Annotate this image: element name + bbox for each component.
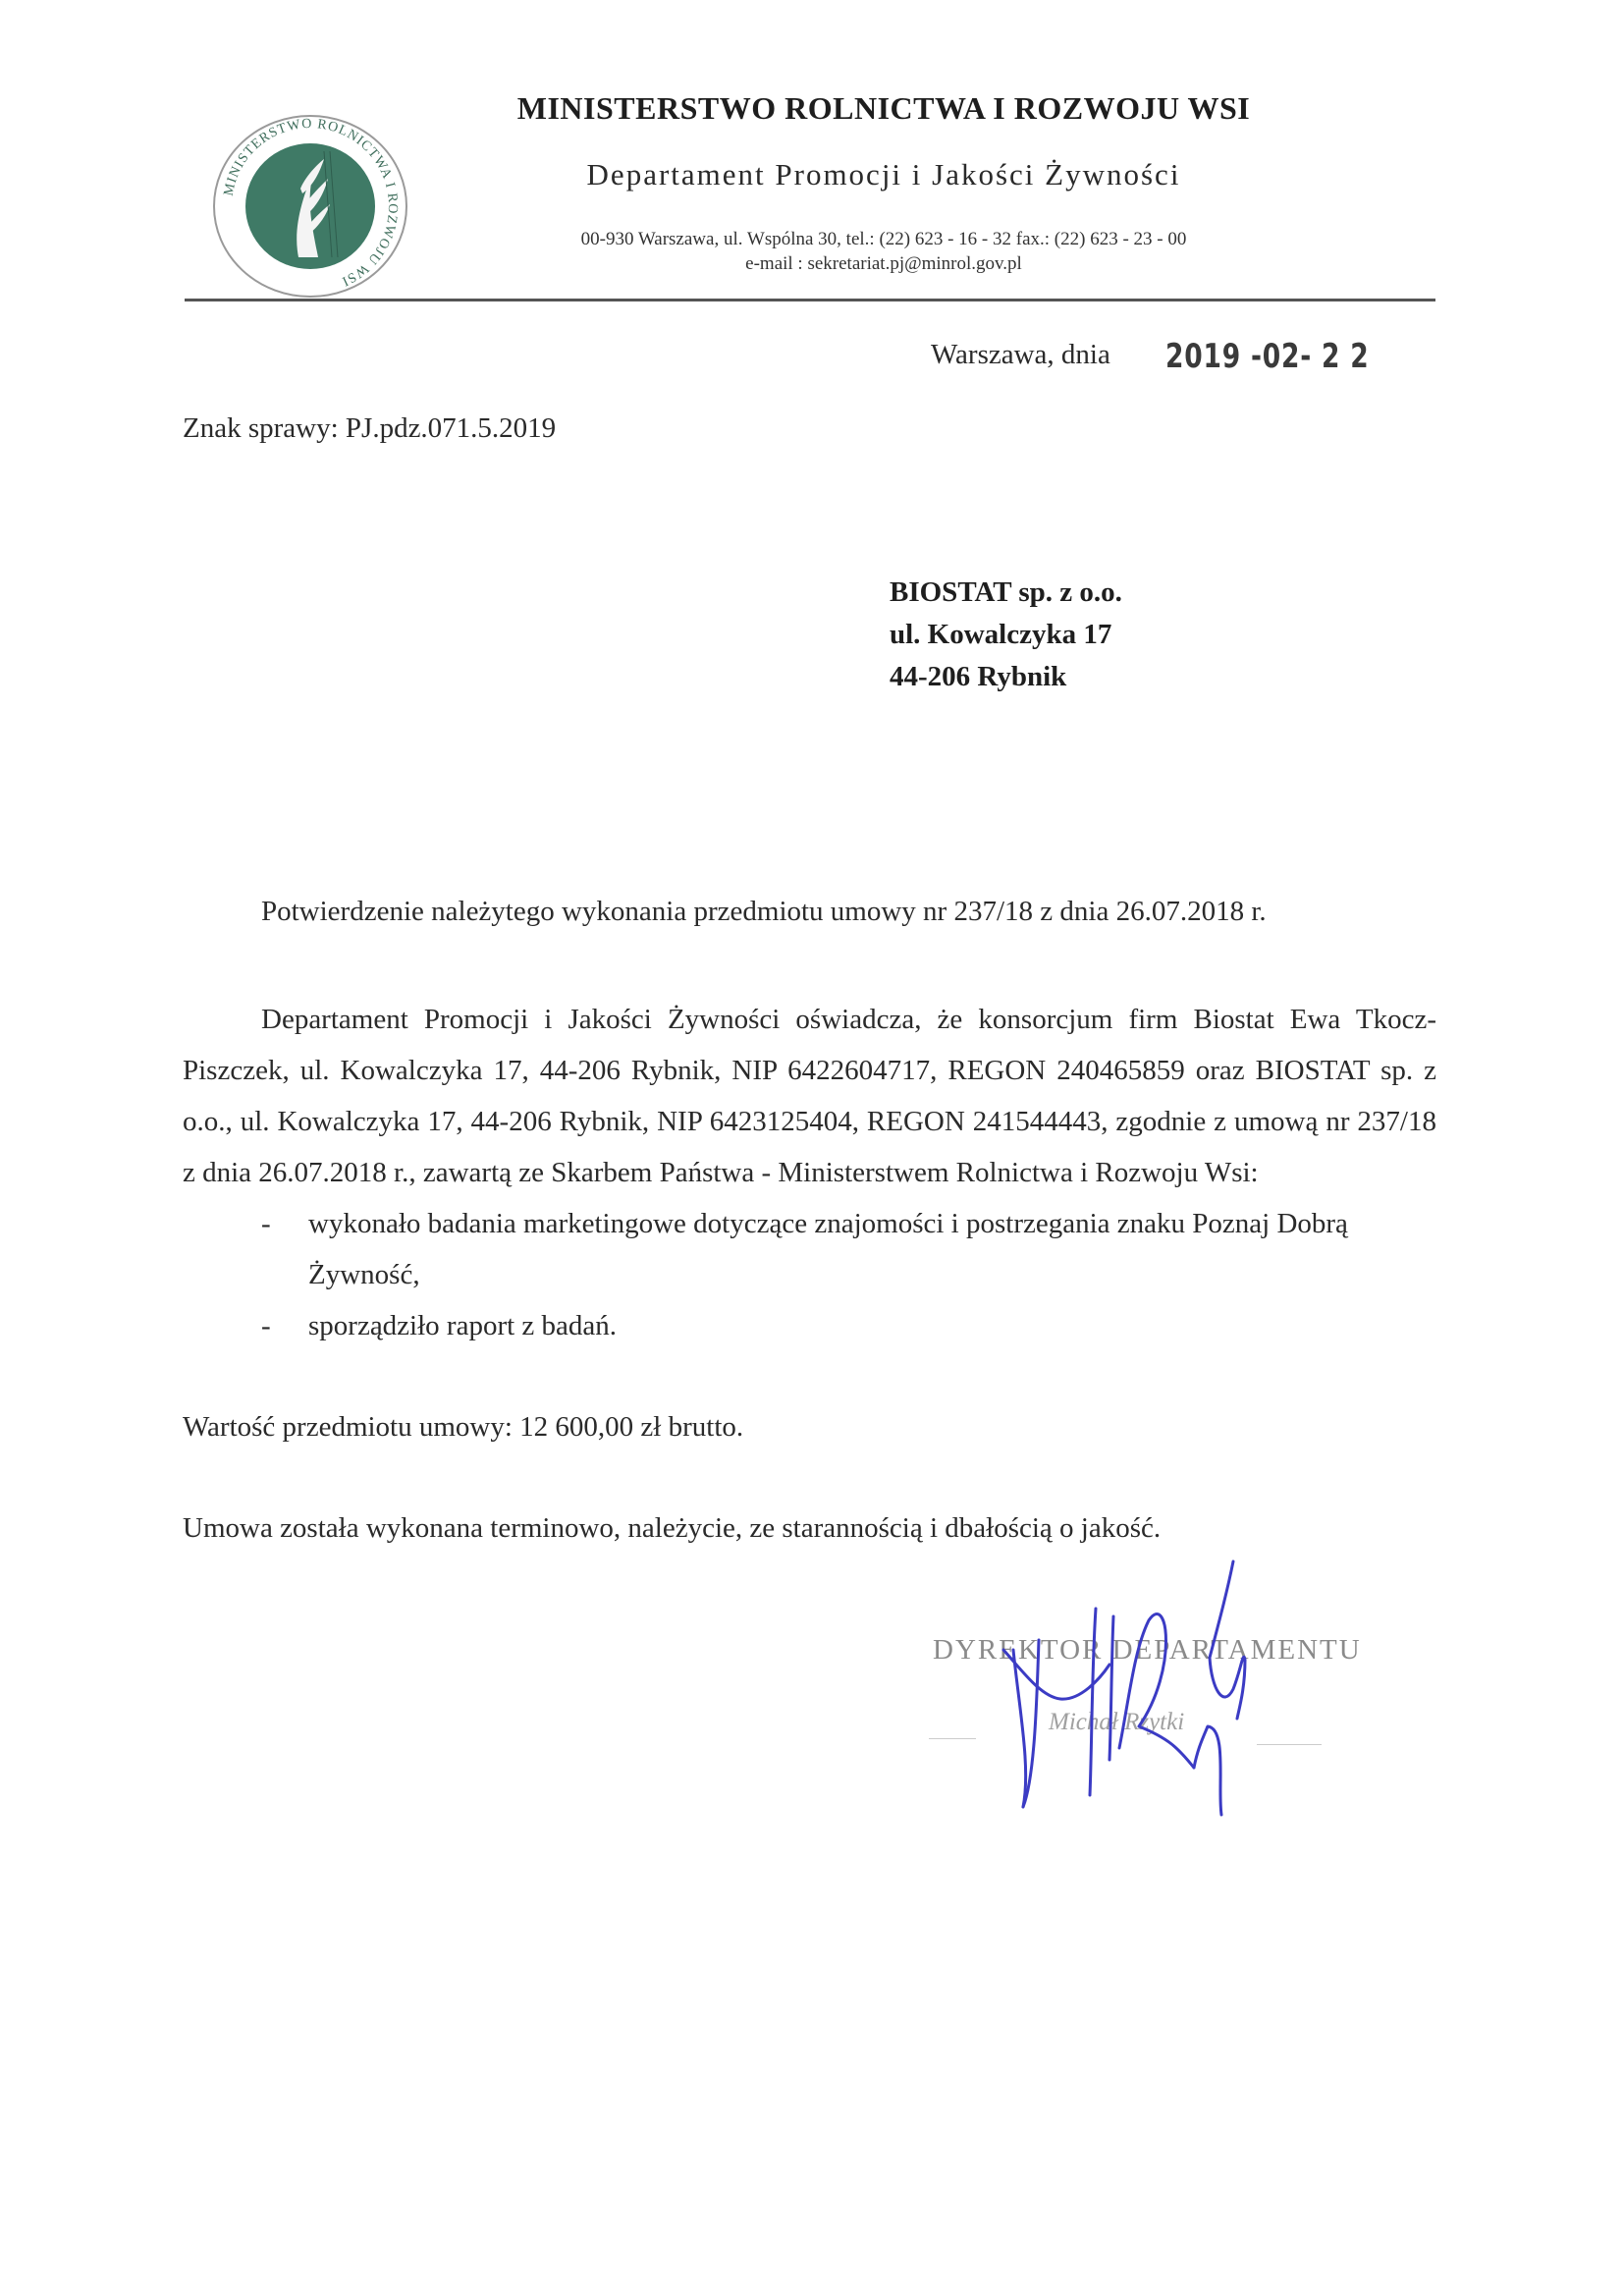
date-stamp: 2019 -02- 2 2 (1165, 337, 1369, 376)
case-reference: Znak sprawy: PJ.pdz.071.5.2019 (183, 412, 556, 445)
bullet-dash: - (183, 1300, 308, 1351)
ministry-name: MINISTERSTWO ROLNICTWA I ROZWOJU WSI (363, 90, 1404, 127)
ministry-email: e-mail : sekretariat.pj@minrol.gov.pl (363, 253, 1404, 275)
addressee-city: 44-206 Rybnik (890, 656, 1122, 698)
place-label: Warszawa, dnia (931, 339, 1110, 371)
list-item: - sporządziło raport z badań. (183, 1300, 1436, 1351)
header-divider (185, 299, 1435, 301)
bullet-dash: - (183, 1198, 308, 1300)
handwritten-signature (1001, 1552, 1316, 1827)
contract-value: Wartość przedmiotu umowy: 12 600,00 zł b… (183, 1411, 743, 1444)
body-paragraph-text: Departament Promocji i Jakości Żywności … (183, 1004, 1436, 1188)
addressee-street: ul. Kowalczyka 17 (890, 614, 1122, 656)
list-item-text: sporządziło raport z badań. (308, 1300, 1436, 1351)
list-item: - wykonało badania marketingowe dotycząc… (183, 1198, 1436, 1300)
department-name: Departament Promocji i Jakości Żywności (363, 157, 1404, 192)
deliverables-list: - wykonało badania marketingowe dotycząc… (183, 1198, 1436, 1351)
list-item-text: wykonało badania marketingowe dotyczące … (308, 1198, 1436, 1300)
ministry-address: 00-930 Warszawa, ul. Wspólna 30, tel.: (… (363, 229, 1404, 250)
signature-line-left (929, 1738, 976, 1739)
closing-statement: Umowa została wykonana terminowo, należy… (183, 1512, 1161, 1545)
signature-scribble-icon (1001, 1552, 1316, 1827)
addressee-block: BIOSTAT sp. z o.o. ul. Kowalczyka 17 44-… (890, 572, 1122, 698)
addressee-name: BIOSTAT sp. z o.o. (890, 572, 1122, 614)
letter-subject: Potwierdzenie należytego wykonania przed… (261, 896, 1267, 928)
body-paragraph: Departament Promocji i Jakości Żywności … (183, 994, 1436, 1198)
